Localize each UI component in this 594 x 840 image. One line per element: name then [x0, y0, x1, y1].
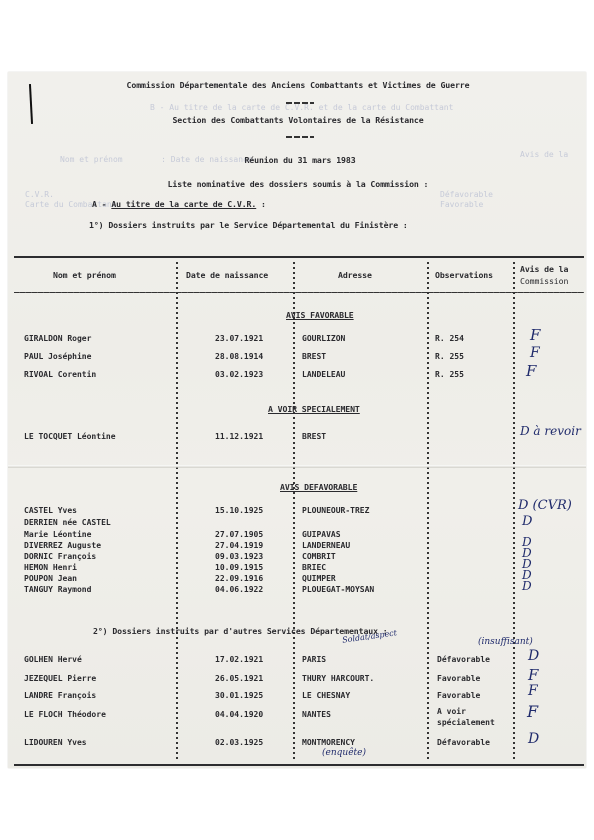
column-separator	[427, 262, 429, 762]
cell-name: DIVERREZ Auguste	[24, 541, 101, 550]
bleed-through-text: Défavorable	[440, 190, 493, 199]
cell-name: GIRALDON Roger	[24, 334, 91, 343]
cell-birth: 17.02.1921	[215, 655, 263, 664]
column-header-name: Nom et prénom	[53, 270, 116, 280]
section-a-heading: A - Au titre de la carte de C.V.R. :	[92, 199, 266, 209]
cell-address: PLOUEGAT-MOYSAN	[302, 585, 374, 594]
column-header-birth: Date de naissance	[186, 270, 268, 280]
handwritten-avis: D à revoir	[520, 424, 581, 438]
cell-name: LE FLOCH Théodore	[24, 710, 106, 719]
group-title-defavorable: AVIS DEFAVORABLE	[280, 482, 357, 492]
cell-birth: 27.07.1905	[215, 530, 263, 539]
cell-observations: A voir	[437, 707, 466, 716]
handwritten-avis: D	[528, 731, 539, 747]
cell-observations: R. 254	[435, 334, 464, 343]
cell-birth: 04.04.1920	[215, 710, 263, 719]
column-header-address: Adresse	[338, 270, 372, 280]
cell-address: QUIMPER	[302, 574, 336, 583]
cell-observations: R. 255	[435, 352, 464, 361]
cell-address: THURY HARCOURT.	[302, 674, 374, 683]
cell-observations: Défavorable	[437, 738, 490, 747]
cell-name: TANGUY Raymond	[24, 585, 91, 594]
cell-name: LIDOUREN Yves	[24, 738, 87, 747]
cell-address: MONTMORENCY	[302, 738, 355, 747]
header-section: Section des Combattants Volontaires de l…	[172, 115, 423, 125]
cell-birth: 30.01.1925	[215, 691, 263, 700]
column-separator	[513, 262, 515, 762]
column-header-observations: Observations	[435, 270, 493, 280]
column-header-avis-1: Avis de la	[520, 264, 568, 274]
cell-name: LE TOCQUET Léontine	[24, 432, 116, 441]
cell-birth: 27.04.1919	[215, 541, 263, 550]
cell-birth: 02.03.1925	[215, 738, 263, 747]
cell-birth: 10.09.1915	[215, 563, 263, 572]
bleed-through-text: Favorable	[440, 200, 483, 209]
column-header-avis-2: Commission	[520, 276, 568, 286]
subsection-1-heading: 1°) Dossiers instruits par le Service Dé…	[89, 220, 408, 230]
list-title: Liste nominative des dossiers soumis à l…	[168, 179, 429, 189]
group-title-favorable: AVIS FAVORABLE	[286, 310, 354, 320]
cell-name: GOLHEN Hervé	[24, 655, 82, 664]
bleed-through-text: Avis de la	[520, 150, 568, 159]
handwritten-avis: F	[530, 326, 540, 344]
cell-name: DORNIC François	[24, 552, 96, 561]
cell-observations: Favorable	[437, 691, 480, 700]
cell-address: NANTES	[302, 710, 331, 719]
cell-birth: 09.03.1923	[215, 552, 263, 561]
table-bottom-rule	[14, 764, 584, 766]
header-commission: Commission Départementale des Anciens Co…	[127, 80, 470, 90]
cell-birth: 03.02.1923	[215, 370, 263, 379]
handwritten-avis: D (CVR)	[518, 498, 572, 513]
meeting-date: Réunion du 31 mars 1983	[244, 155, 355, 165]
cell-address: LANDERNEAU	[302, 541, 350, 550]
paper-crease	[8, 465, 586, 468]
cell-address: GUIPAVAS	[302, 530, 341, 539]
cell-observations: R. 255	[435, 370, 464, 379]
cell-address: BREST	[302, 432, 326, 441]
header-bottom-rule	[14, 292, 584, 293]
handwritten-avis: F	[526, 362, 536, 380]
group-title-special: A VOIR SPECIALEMENT	[268, 404, 360, 414]
cell-address: GOURLIZON	[302, 334, 345, 343]
cell-observations: Favorable	[437, 674, 480, 683]
handwritten-avis: D	[528, 648, 539, 664]
cell-address: BRIEC	[302, 563, 326, 572]
cell-birth: 28.08.1914	[215, 352, 263, 361]
bleed-through-text: C.V.R.	[25, 190, 54, 199]
cell-name: PAUL Joséphine	[24, 352, 91, 361]
cell-name: RIVOAL Corentin	[24, 370, 96, 379]
handwritten-avis: F	[527, 702, 538, 721]
handwritten-note-insuffisant: (insuffisant)	[478, 637, 533, 647]
cell-name: Marie Léontine	[24, 530, 91, 539]
handwritten-avis: F	[530, 345, 540, 361]
handwritten-avis: D	[522, 579, 532, 593]
cell-address: PARIS	[302, 655, 326, 664]
cell-name: POUPON Jean	[24, 574, 77, 583]
cell-address: COMBRIT	[302, 552, 336, 561]
cell-address: LE CHESNAY	[302, 691, 350, 700]
cell-birth: 11.12.1921	[215, 432, 263, 441]
cell-address: PLOUNEOUR-TREZ	[302, 506, 369, 515]
cell-birth: 15.10.1925	[215, 506, 263, 515]
handwritten-avis: F	[528, 683, 538, 699]
cell-observations-continued: spécialement	[437, 718, 495, 727]
cell-observations: Défavorable	[437, 655, 490, 664]
cell-name: CASTEL Yves	[24, 506, 77, 515]
bleed-through-text: B - Au titre de la carte de C.V.R. et de…	[150, 103, 453, 112]
bleed-through-text: Nom et prénom : Date de naissance	[60, 155, 253, 164]
cell-name: LANDRE François	[24, 691, 96, 700]
cell-name: HEMON Henri	[24, 563, 77, 572]
handwritten-avis: F	[528, 666, 538, 684]
cell-birth: 23.07.1921	[215, 334, 263, 343]
column-separator	[176, 262, 178, 762]
column-separator	[293, 262, 295, 762]
cell-birth: 04.06.1922	[215, 585, 263, 594]
cell-address: LANDELEAU	[302, 370, 345, 379]
cell-address: BREST	[302, 352, 326, 361]
cell-name: JEZEQUEL Pierre	[24, 674, 96, 683]
handwritten-note-enquete: (enquête)	[322, 748, 366, 758]
separator-dash	[286, 102, 314, 104]
separator-dash	[286, 136, 314, 138]
document-page	[8, 72, 586, 768]
cell-birth: 22.09.1916	[215, 574, 263, 583]
handwritten-avis: D	[522, 514, 532, 529]
table-top-rule	[14, 256, 584, 258]
cell-name: DERRIEN née CASTEL	[24, 518, 111, 527]
cell-birth: 26.05.1921	[215, 674, 263, 683]
